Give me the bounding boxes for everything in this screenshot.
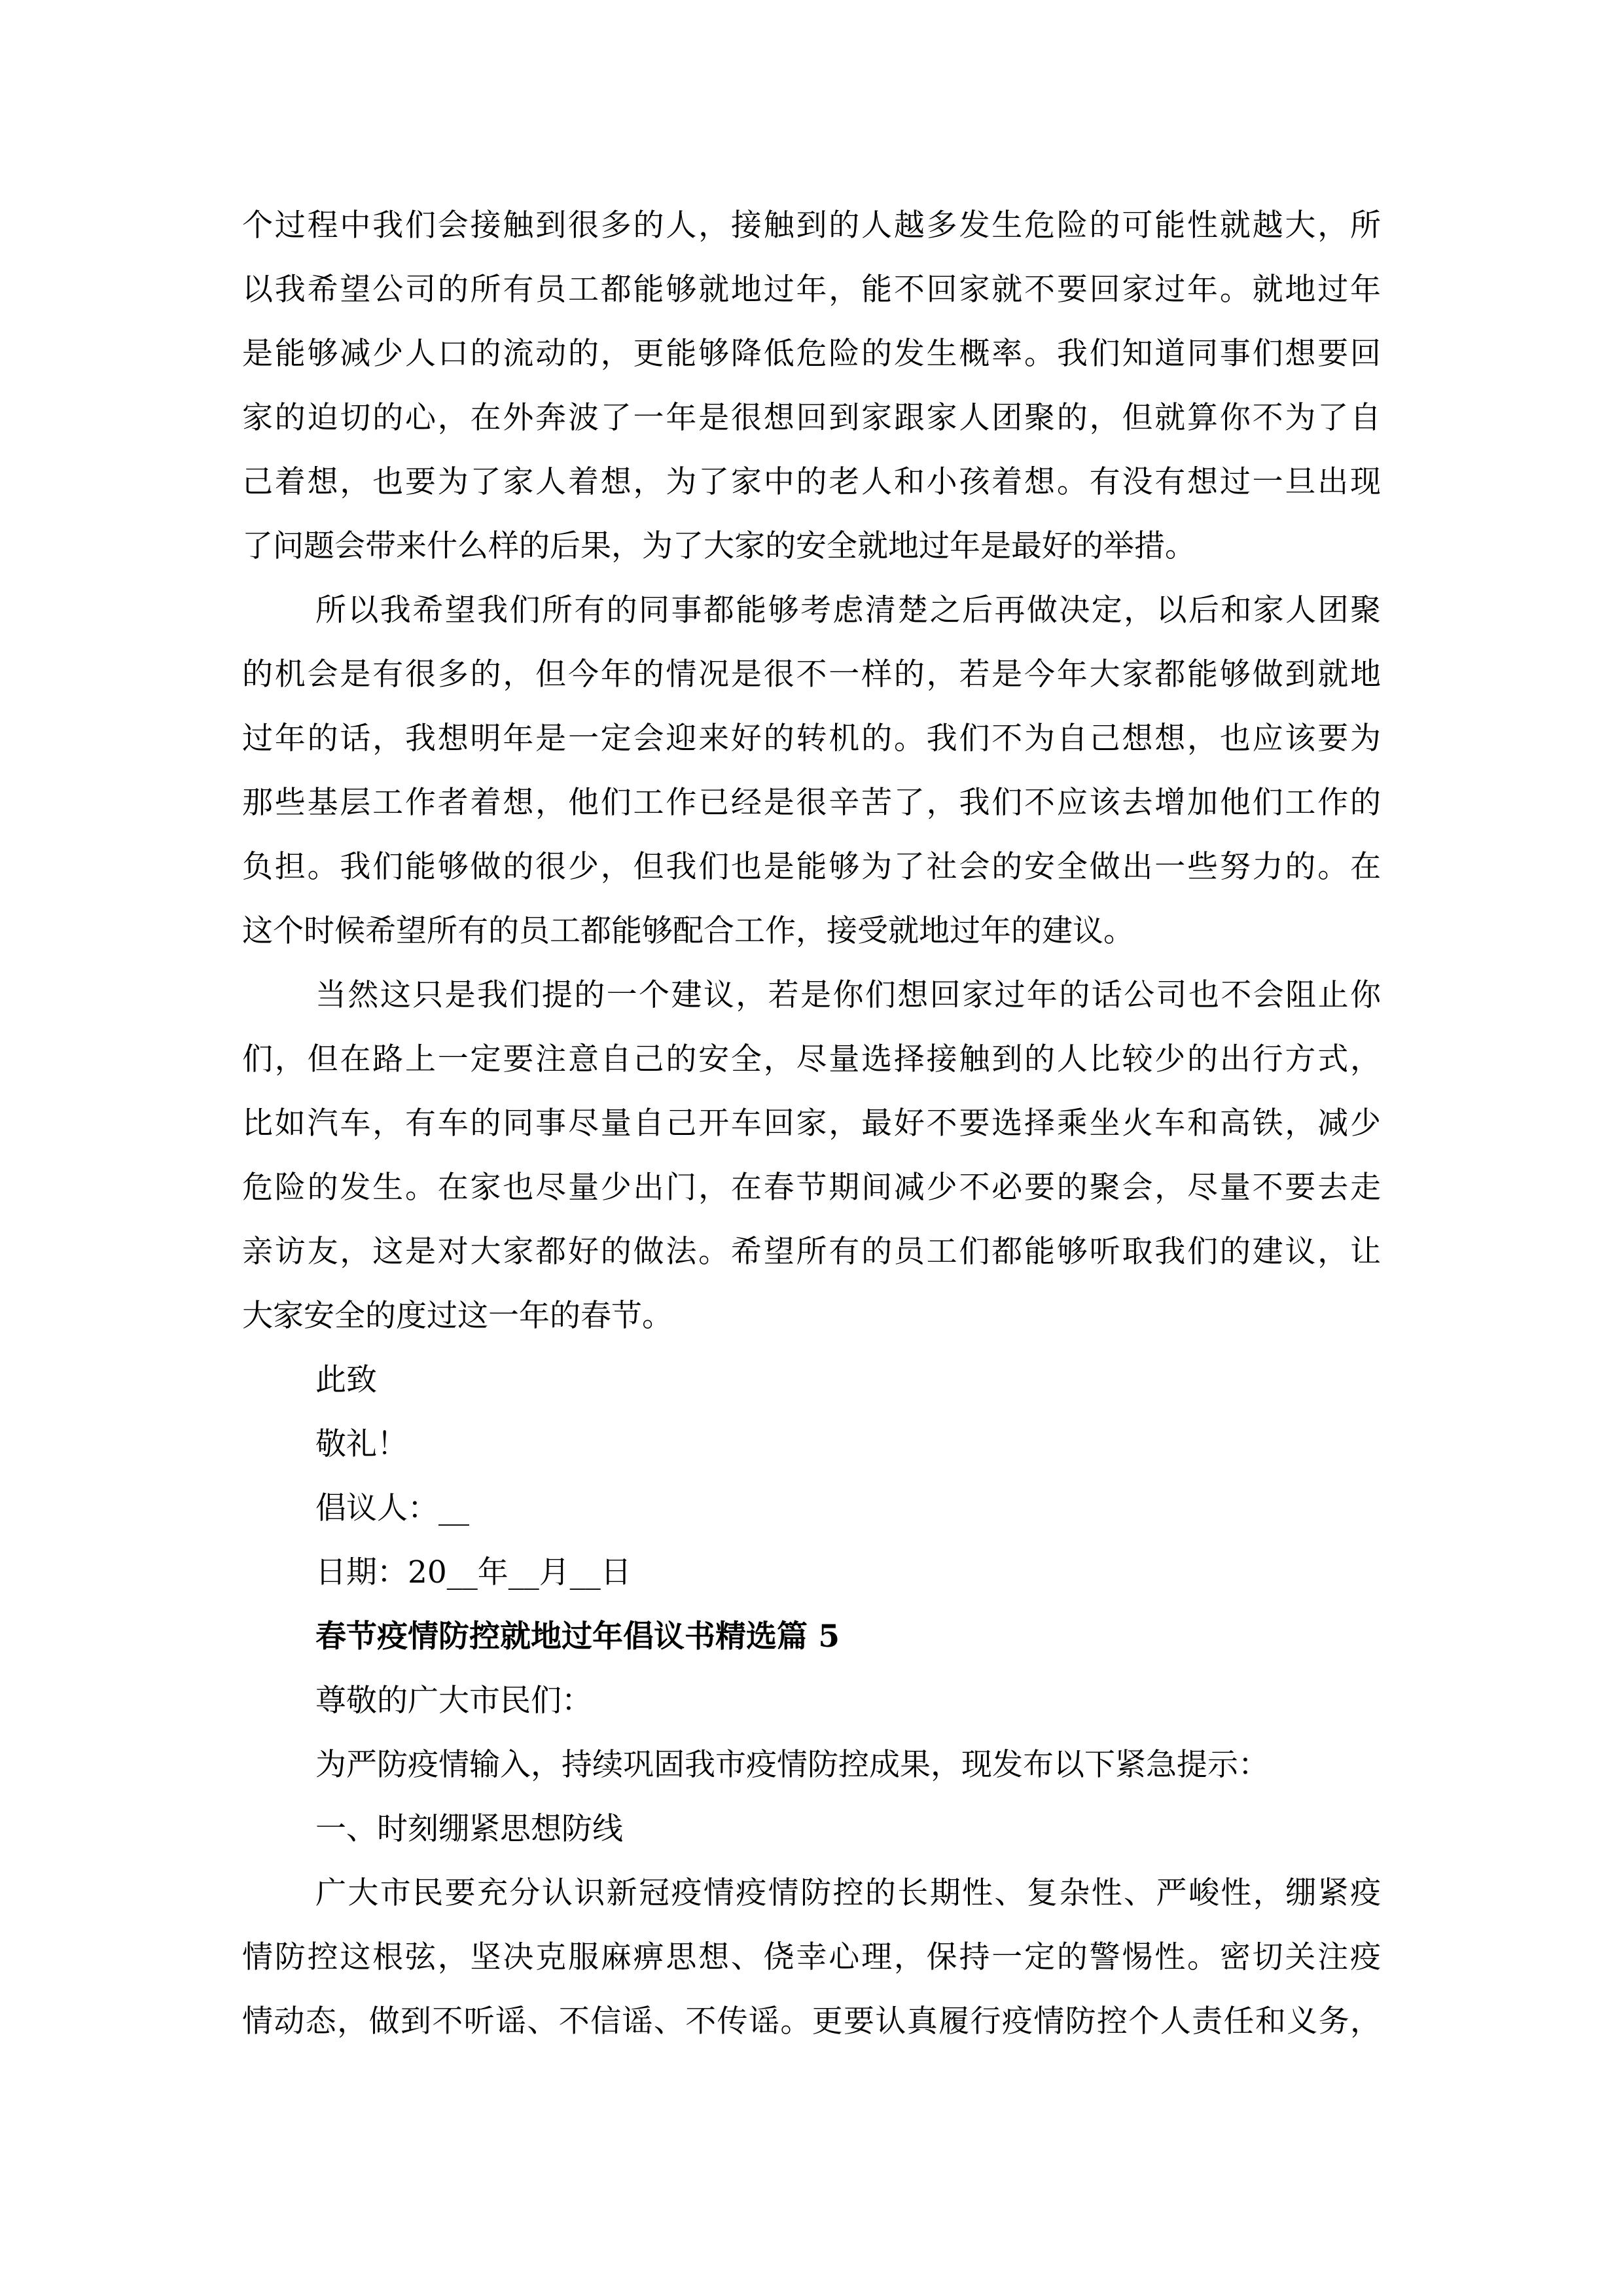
text-block: 个过程中我们会接触到很多的人，接触到的人越多发生危险的可能性就越大，所以我希望公… (242, 194, 1381, 2054)
body-line: 过年的话，我想明年是一定会迎来好的转机的。我们不为自己想想，也应该要为 (242, 707, 1381, 771)
body-line: 这个时候希望所有的员工都能够配合工作，接受就地过年的建议。 (242, 899, 1381, 963)
body-line: 情动态，做到不听谣、不信谣、不传谣。更要认真履行疫情防控个人责任和义务， (242, 1990, 1381, 2054)
body-line: 那些基层工作者着想，他们工作已经是很辛苦了，我们不应该去增加他们工作的 (242, 771, 1381, 835)
body-line: 家的迫切的心，在外奔波了一年是很想回到家跟家人团聚的，但就算你不为了自 (242, 386, 1381, 450)
salutation-line: 尊敬的广大市民们： (242, 1669, 1381, 1733)
date-line: 日期：20__年__月__日 (242, 1541, 1381, 1605)
body-line: 是能够减少人口的流动的，更能够降低危险的发生概率。我们知道同事们想要回 (242, 322, 1381, 386)
body-line: 广大市民要充分认识新冠疫情疫情防控的长期性、复杂性、严峻性，绷紧疫 (242, 1861, 1381, 1926)
document-page: 个过程中我们会接触到很多的人，接触到的人越多发生危险的可能性就越大，所以我希望公… (0, 0, 1623, 2296)
body-line: 危险的发生。在家也尽量少出门，在春节期间减少不必要的聚会，尽量不要去走 (242, 1156, 1381, 1220)
body-line: 当然这只是我们提的一个建议，若是你们想回家过年的话公司也不会阻止你 (242, 963, 1381, 1028)
body-line: 比如汽车，有车的同事尽量自己开车回家，最好不要选择乘坐火车和高铁，减少 (242, 1092, 1381, 1156)
salute-line: 敬礼！ (242, 1412, 1381, 1477)
body-line: 己着想，也要为了家人着想，为了家中的老人和小孩着想。有没有想过一旦出现 (242, 450, 1381, 514)
body-line: 们，但在路上一定要注意自己的安全，尽量选择接触到的人比较少的出行方式， (242, 1028, 1381, 1092)
closing-line: 此致 (242, 1348, 1381, 1412)
body-line: 所以我希望我们所有的同事都能够考虑清楚之后再做决定，以后和家人团聚 (242, 579, 1381, 643)
body-line: 为严防疫情输入，持续巩固我市疫情防控成果，现发布以下紧急提示： (242, 1733, 1381, 1797)
body-line: 以我希望公司的所有员工都能够就地过年，能不回家就不要回家过年。就地过年 (242, 258, 1381, 322)
subheading-line: 一、时刻绷紧思想防线 (242, 1797, 1381, 1861)
signature-line: 倡议人：__ (242, 1477, 1381, 1541)
body-line: 个过程中我们会接触到很多的人，接触到的人越多发生危险的可能性就越大，所 (242, 194, 1381, 258)
body-line: 的机会是有很多的，但今年的情况是很不一样的，若是今年大家都能够做到就地 (242, 643, 1381, 707)
body-line: 大家安全的度过这一年的春节。 (242, 1284, 1381, 1348)
body-line: 亲访友，这是对大家都好的做法。希望所有的员工们都能够听取我们的建议，让 (242, 1220, 1381, 1284)
section-title-line: 春节疫情防控就地过年倡议书精选篇 5 (242, 1605, 1381, 1669)
body-line: 了问题会带来什么样的后果，为了大家的安全就地过年是最好的举措。 (242, 514, 1381, 579)
body-line: 情防控这根弦，坚决克服麻痹思想、侥幸心理，保持一定的警惕性。密切关注疫 (242, 1926, 1381, 1990)
body-line: 负担。我们能够做的很少，但我们也是能够为了社会的安全做出一些努力的。在 (242, 835, 1381, 899)
